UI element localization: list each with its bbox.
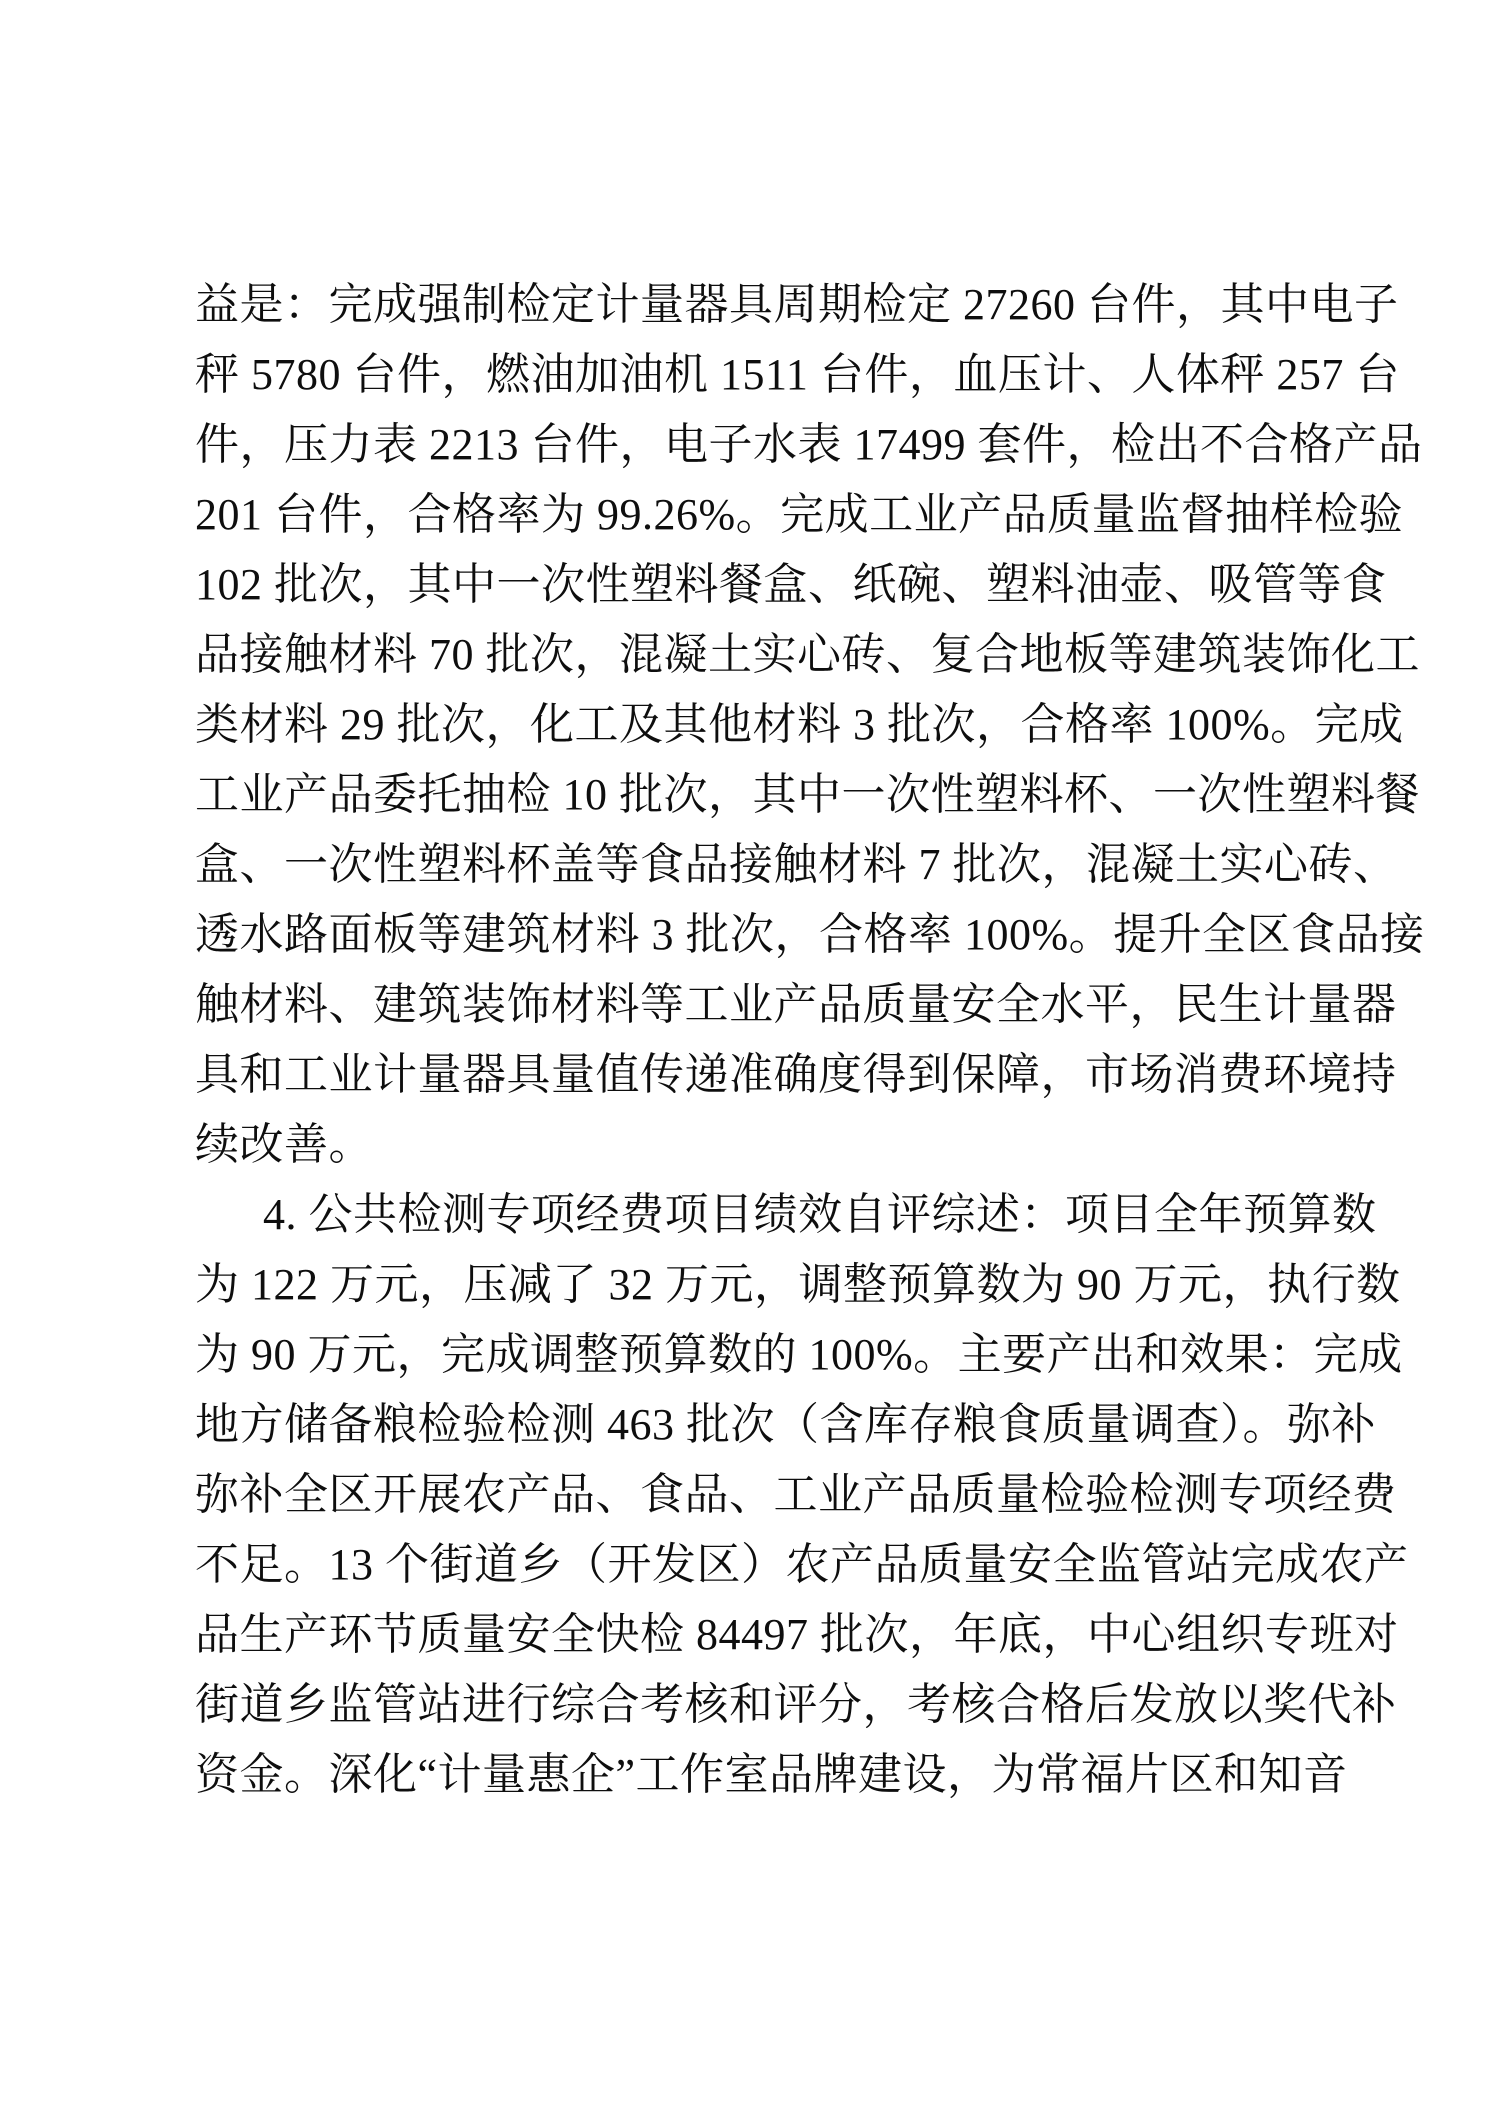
paragraph-1: 益是：完成强制检定计量器具周期检定 27260 台件，其中电子 秤 5780 台… bbox=[195, 270, 1298, 1180]
paragraph-2: 4. 公共检测专项经费项目绩效自评综述：项目全年预算数 为 122 万元，压减了… bbox=[195, 1180, 1298, 1810]
text-line: 秤 5780 台件，燃油加油机 1511 台件，血压计、人体秤 257 台 bbox=[195, 340, 1298, 410]
text-line: 为 90 万元，完成调整预算数的 100%。主要产出和效果：完成 bbox=[195, 1320, 1298, 1390]
text-line: 街道乡监管站进行综合考核和评分，考核合格后发放以奖代补 bbox=[195, 1670, 1298, 1740]
text-line: 品接触材料 70 批次，混凝土实心砖、复合地板等建筑装饰化工 bbox=[195, 620, 1298, 690]
text-line: 透水路面板等建筑材料 3 批次，合格率 100%。提升全区食品接 bbox=[195, 900, 1298, 970]
text-line: 盒、一次性塑料杯盖等食品接触材料 7 批次，混凝土实心砖、 bbox=[195, 830, 1298, 900]
text-line: 触材料、建筑装饰材料等工业产品质量安全水平，民生计量器 bbox=[195, 970, 1298, 1040]
text-line: 102 批次，其中一次性塑料餐盒、纸碗、塑料油壶、吸管等食 bbox=[195, 550, 1298, 620]
text-line: 为 122 万元，压减了 32 万元，调整预算数为 90 万元，执行数 bbox=[195, 1250, 1298, 1320]
text-block: 益是：完成强制检定计量器具周期检定 27260 台件，其中电子 秤 5780 台… bbox=[195, 270, 1298, 1810]
text-line: 地方储备粮检验检测 463 批次（含库存粮食质量调查）。弥补 bbox=[195, 1390, 1298, 1460]
text-line: 具和工业计量器具量值传递准确度得到保障，市场消费环境持 bbox=[195, 1040, 1298, 1110]
text-line: 资金。深化“计量惠企”工作室品牌建设，为常福片区和知音 bbox=[195, 1740, 1298, 1810]
text-line: 续改善。 bbox=[195, 1110, 1298, 1180]
text-line: 件，压力表 2213 台件，电子水表 17499 套件，检出不合格产品 bbox=[195, 410, 1298, 480]
text-line: 201 台件，合格率为 99.26%。完成工业产品质量监督抽样检验 bbox=[195, 480, 1298, 550]
text-line: 类材料 29 批次，化工及其他材料 3 批次，合格率 100%。完成 bbox=[195, 690, 1298, 760]
text-line: 益是：完成强制检定计量器具周期检定 27260 台件，其中电子 bbox=[195, 270, 1298, 340]
text-line: 4. 公共检测专项经费项目绩效自评综述：项目全年预算数 bbox=[195, 1180, 1298, 1250]
document-page: 益是：完成强制检定计量器具周期检定 27260 台件，其中电子 秤 5780 台… bbox=[0, 0, 1486, 2103]
text-line: 不足。13 个街道乡（开发区）农产品质量安全监管站完成农产 bbox=[195, 1530, 1298, 1600]
text-line: 品生产环节质量安全快检 84497 批次，年底，中心组织专班对 bbox=[195, 1600, 1298, 1670]
text-line: 工业产品委托抽检 10 批次，其中一次性塑料杯、一次性塑料餐 bbox=[195, 760, 1298, 830]
text-line: 弥补全区开展农产品、食品、工业产品质量检验检测专项经费 bbox=[195, 1460, 1298, 1530]
